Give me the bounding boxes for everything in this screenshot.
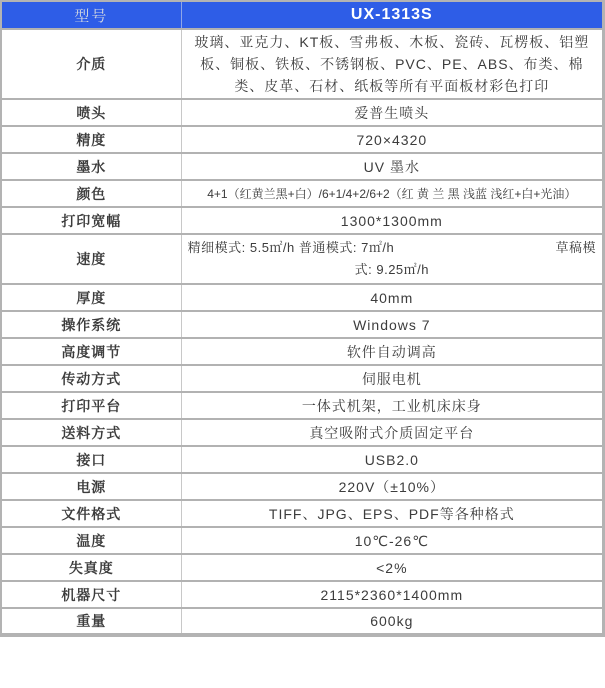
- table-row: 精度720×4320: [1, 126, 604, 153]
- row-label: 墨水: [1, 153, 181, 180]
- row-label: 打印平台: [1, 392, 181, 419]
- table-row: 颜色4+1（红黄兰黑+白）/6+1/4+2/6+2（红 黄 兰 黑 浅蓝 浅红+…: [1, 180, 604, 207]
- model-number: UX-1313S: [181, 1, 603, 29]
- table-row: 速度精细模式: 5.5㎡/h 普通模式: 7㎡/h草稿模式: 9.25㎡/h: [1, 234, 604, 284]
- speed-draft-wrap-end: 式: 9.25㎡/h: [188, 259, 596, 281]
- speed-line1: 精细模式: 5.5㎡/h 普通模式: 7㎡/h草稿模: [188, 237, 596, 259]
- table-row: 文件格式TIFF、JPG、EPS、PDF等各种格式: [1, 500, 604, 527]
- spec-sheet-page: 型号 UX-1313S 介质玻璃、亚克力、KT板、雪弗板、木板、瓷砖、瓦楞板、铝…: [0, 0, 605, 688]
- row-label: 传动方式: [1, 365, 181, 392]
- model-header-label: 型号: [1, 1, 181, 29]
- row-label: 接口: [1, 446, 181, 473]
- row-value: 软件自动调高: [181, 338, 603, 365]
- spec-table: 型号 UX-1313S 介质玻璃、亚克力、KT板、雪弗板、木板、瓷砖、瓦楞板、铝…: [0, 0, 605, 637]
- row-value: UV 墨水: [181, 153, 603, 180]
- row-label: 失真度: [1, 554, 181, 581]
- row-label: 精度: [1, 126, 181, 153]
- row-value: 220V（±10%）: [181, 473, 603, 500]
- table-row: 喷头爱普生喷头: [1, 99, 604, 126]
- row-label: 喷头: [1, 99, 181, 126]
- row-value: <2%: [181, 554, 603, 581]
- table-row: 重量600kg: [1, 608, 604, 635]
- row-value: TIFF、JPG、EPS、PDF等各种格式: [181, 500, 603, 527]
- table-row: 送料方式真空吸附式介质固定平台: [1, 419, 604, 446]
- table-row: 高度调节软件自动调高: [1, 338, 604, 365]
- table-row: 电源220V（±10%）: [1, 473, 604, 500]
- row-value: 2115*2360*1400mm: [181, 581, 603, 608]
- row-value: 玻璃、亚克力、KT板、雪弗板、木板、瓷砖、瓦楞板、铝塑板、铜板、铁板、不锈钢板、…: [181, 29, 603, 99]
- row-value: 720×4320: [181, 126, 603, 153]
- row-value: 10℃-26℃: [181, 527, 603, 554]
- table-row: 传动方式伺服电机: [1, 365, 604, 392]
- row-label: 送料方式: [1, 419, 181, 446]
- row-label: 操作系统: [1, 311, 181, 338]
- row-label: 颜色: [1, 180, 181, 207]
- table-row: 机器尺寸2115*2360*1400mm: [1, 581, 604, 608]
- row-label: 打印宽幅: [1, 207, 181, 234]
- row-label: 电源: [1, 473, 181, 500]
- row-value: USB2.0: [181, 446, 603, 473]
- row-value: 精细模式: 5.5㎡/h 普通模式: 7㎡/h草稿模式: 9.25㎡/h: [181, 234, 603, 284]
- table-row: 厚度40mm: [1, 284, 604, 311]
- spec-table-body: 介质玻璃、亚克力、KT板、雪弗板、木板、瓷砖、瓦楞板、铝塑板、铜板、铁板、不锈钢…: [1, 29, 604, 635]
- table-row: 墨水UV 墨水: [1, 153, 604, 180]
- row-value: 4+1（红黄兰黑+白）/6+1/4+2/6+2（红 黄 兰 黑 浅蓝 浅红+白+…: [181, 180, 603, 207]
- row-value: Windows 7: [181, 311, 603, 338]
- table-row: 失真度<2%: [1, 554, 604, 581]
- row-label: 重量: [1, 608, 181, 635]
- row-label: 介质: [1, 29, 181, 99]
- speed-draft-wrap-start: 草稿模: [555, 237, 596, 259]
- table-row: 打印平台一体式机架，工业机床床身: [1, 392, 604, 419]
- row-value: 真空吸附式介质固定平台: [181, 419, 603, 446]
- table-header-row: 型号 UX-1313S: [1, 1, 604, 29]
- table-row: 介质玻璃、亚克力、KT板、雪弗板、木板、瓷砖、瓦楞板、铝塑板、铜板、铁板、不锈钢…: [1, 29, 604, 99]
- row-label: 高度调节: [1, 338, 181, 365]
- row-value: 600kg: [181, 608, 603, 635]
- row-label: 温度: [1, 527, 181, 554]
- table-row: 温度10℃-26℃: [1, 527, 604, 554]
- row-label: 速度: [1, 234, 181, 284]
- row-value: 一体式机架，工业机床床身: [181, 392, 603, 419]
- speed-modes-left: 精细模式: 5.5㎡/h 普通模式: 7㎡/h: [188, 237, 395, 259]
- table-row: 打印宽幅1300*1300mm: [1, 207, 604, 234]
- table-row: 操作系统Windows 7: [1, 311, 604, 338]
- table-row: 接口USB2.0: [1, 446, 604, 473]
- row-label: 机器尺寸: [1, 581, 181, 608]
- row-value: 40mm: [181, 284, 603, 311]
- row-value: 爱普生喷头: [181, 99, 603, 126]
- row-label: 文件格式: [1, 500, 181, 527]
- row-label: 厚度: [1, 284, 181, 311]
- row-value: 伺服电机: [181, 365, 603, 392]
- row-value: 1300*1300mm: [181, 207, 603, 234]
